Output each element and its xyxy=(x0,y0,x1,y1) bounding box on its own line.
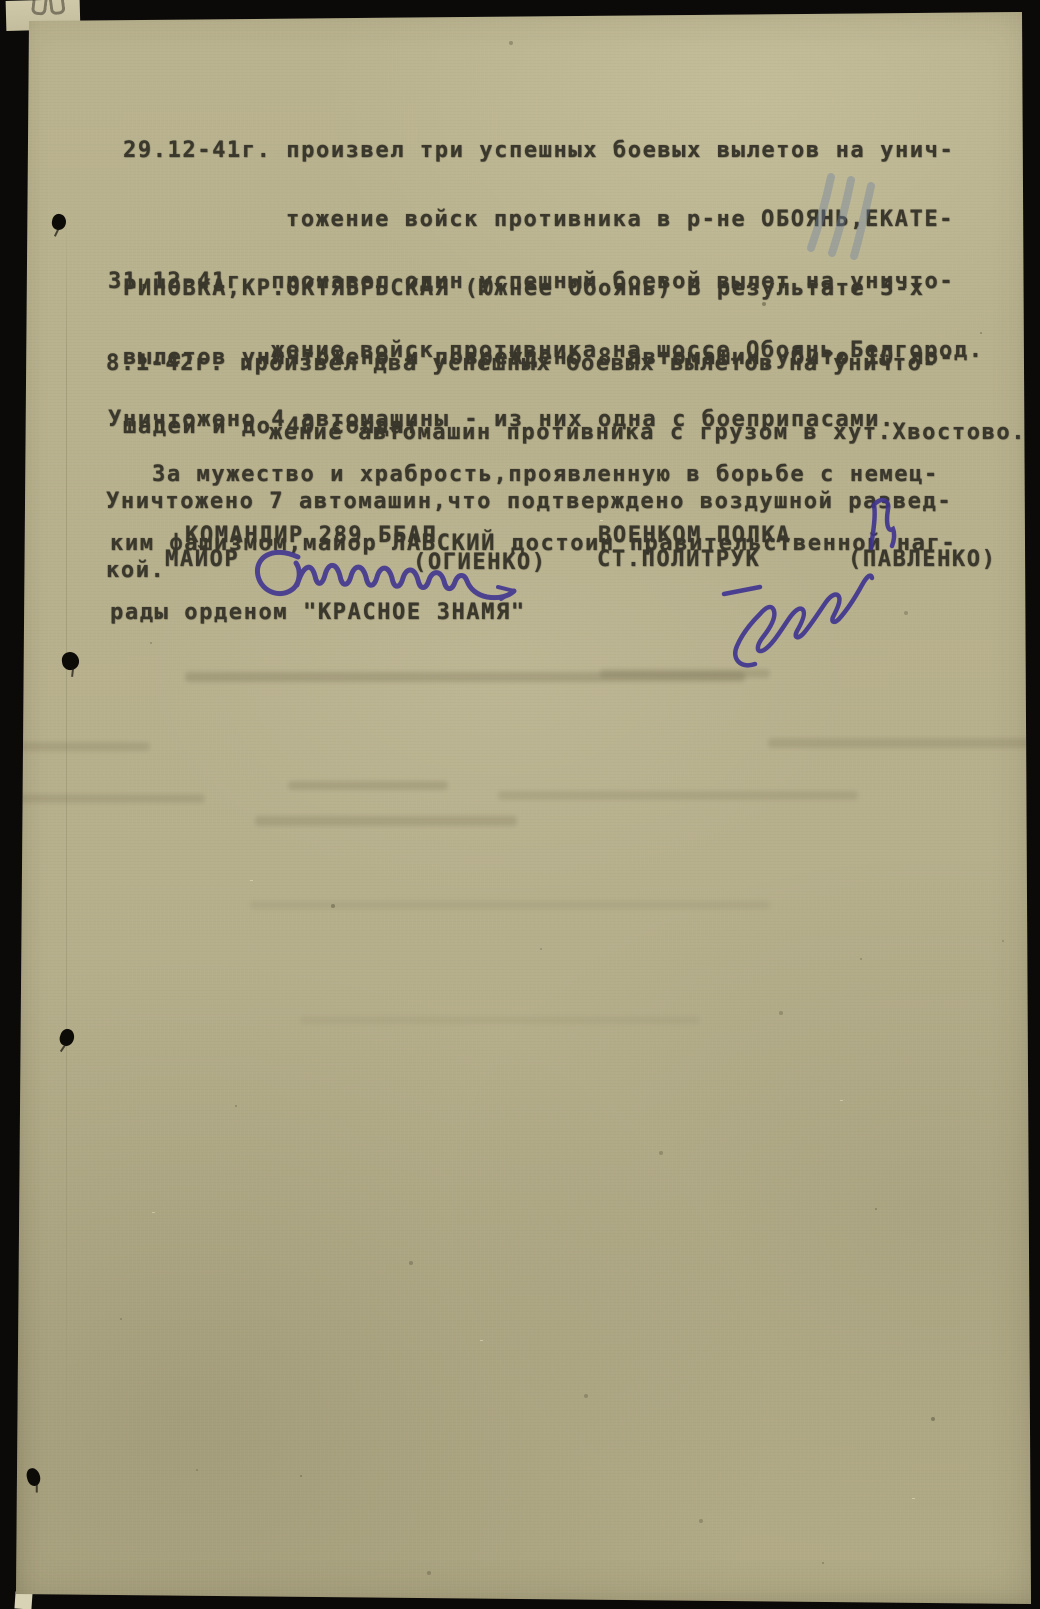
signature-ogienko xyxy=(257,552,514,599)
ink-overlay xyxy=(0,0,1040,1609)
pencil-mark xyxy=(811,177,871,256)
signature-pavlenko xyxy=(724,500,894,665)
scan-background: { "document": { "language": "ru", "kind"… xyxy=(0,0,1040,1609)
